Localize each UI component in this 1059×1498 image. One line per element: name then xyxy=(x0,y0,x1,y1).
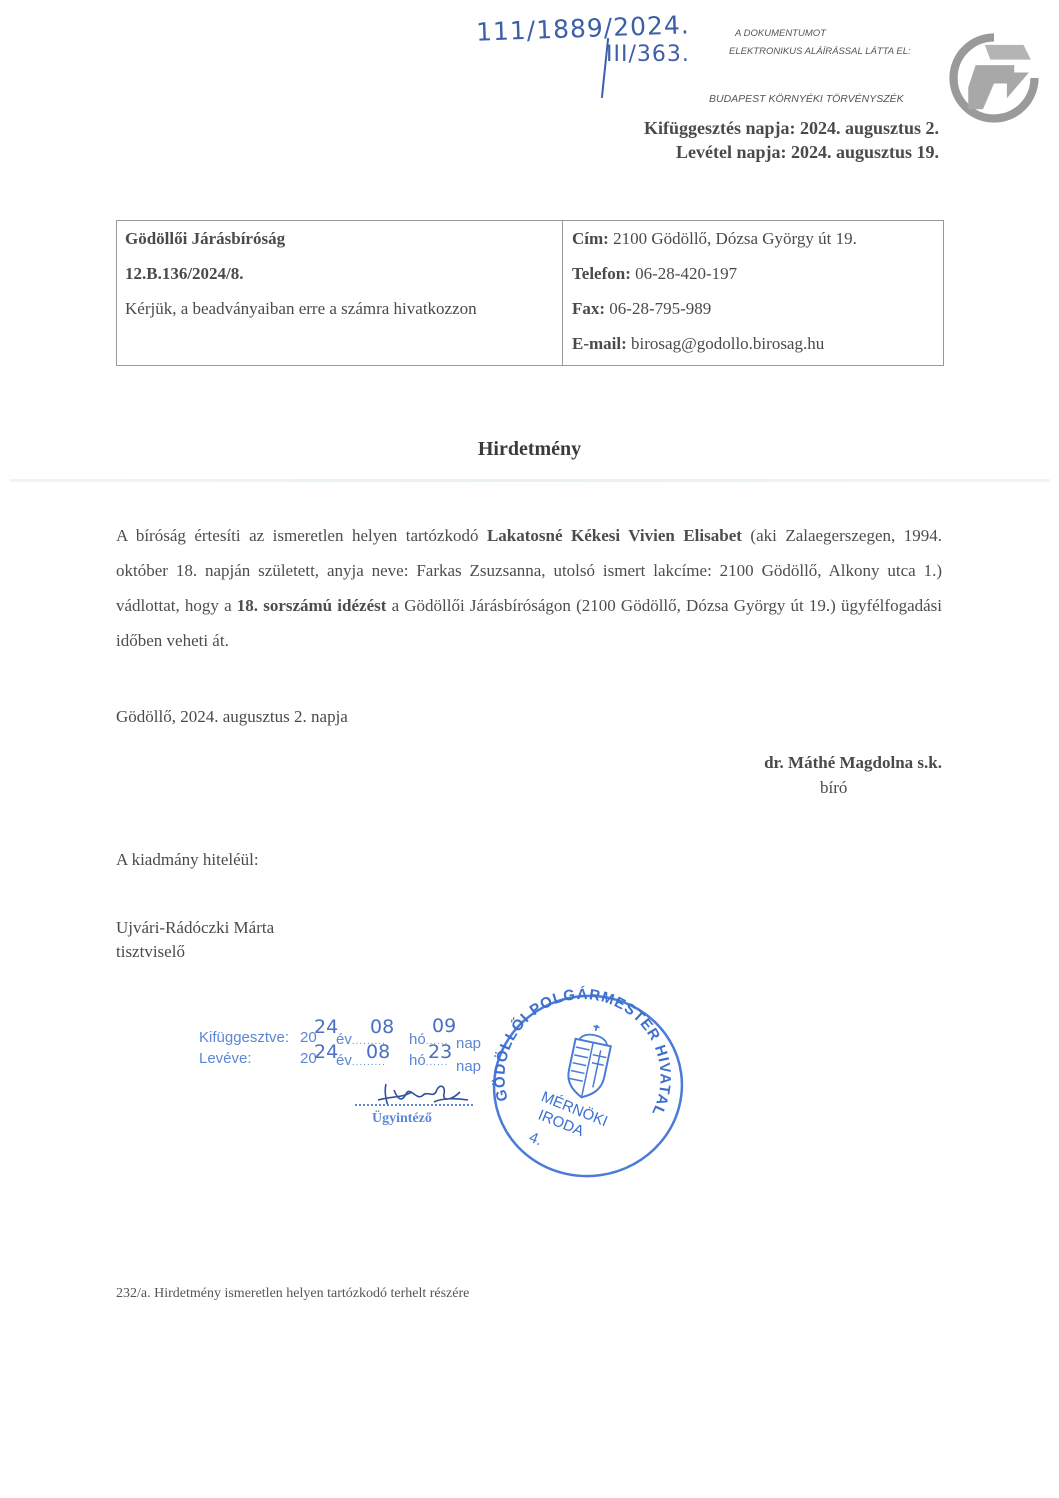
stamp-day-removed: 23 xyxy=(428,1041,452,1063)
defendant-name: Lakatosné Kékesi Vivien Elisabet xyxy=(487,526,742,545)
clerk-label: Ügyintéző xyxy=(372,1111,432,1127)
esignature-issuer: BUDAPEST KÖRNYÉKI TÖRVÉNYSZÉK xyxy=(709,93,904,105)
posting-date-label: Kifüggesztés napja: xyxy=(644,118,796,138)
court-name: Gödöllői Járásbíróság xyxy=(125,227,562,262)
address-row: Cím: 2100 Gödöllő, Dózsa György út 19. xyxy=(572,227,943,262)
place-and-date: Gödöllő, 2024. augusztus 2. napja xyxy=(116,707,348,727)
notice-body: A bíróság értesíti az ismeretlen helyen … xyxy=(116,518,942,658)
stamp-number: 4. xyxy=(527,1129,545,1149)
contact-info-cell: Cím: 2100 Gödöllő, Dózsa György út 19. T… xyxy=(563,221,943,365)
esignature-line-1: A DOKUMENTUMOT xyxy=(735,28,826,39)
document-title: Hirdetmény xyxy=(0,438,1059,461)
reference-note: Kérjük, a beadványaiban erre a számra hi… xyxy=(125,297,562,332)
email-value: birosag@godollo.birosag.hu xyxy=(631,334,824,353)
address-value: 2100 Gödöllő, Dózsa György út 19. xyxy=(613,229,857,248)
form-reference: 232/a. Hirdetmény ismeretlen helyen tart… xyxy=(116,1286,469,1302)
stamp-removed-label: Levéve: xyxy=(199,1050,252,1067)
removal-date: Levétel napja: 2024. augusztus 19. xyxy=(676,142,939,163)
posting-date: Kifüggesztés napja: 2024. augusztus 2. xyxy=(644,118,939,139)
stamp-year-posted: 24 xyxy=(314,1016,338,1038)
certification-label: A kiadmány hiteléül: xyxy=(116,850,259,870)
stamp-year-removed: 24 xyxy=(314,1041,338,1063)
hungarian-coat-of-arms-icon xyxy=(564,1021,615,1101)
svg-text:GÖDÖLLŐI POLGÁRMESTER HIVATAL: GÖDÖLLŐI POLGÁRMESTER HIVATAL xyxy=(491,986,673,1119)
judge-role: bíró xyxy=(820,778,847,798)
body-text-1: A bíróság értesíti az ismeretlen helyen … xyxy=(116,526,487,545)
officer-title: tisztviselő xyxy=(116,942,185,962)
removal-date-value: 2024. augusztus 19. xyxy=(791,142,939,162)
esignature-line-2: ELEKTRONIKUS ALÁÍRÁSSAL LÁTTA EL: xyxy=(729,46,911,57)
stamp-posted-label: Kifüggesztve: xyxy=(199,1029,289,1046)
phone-row: Telefon: 06-28-420-197 xyxy=(572,262,943,297)
summons-reference: 18. sorszámú idézést xyxy=(237,596,387,615)
court-info-cell: Gödöllői Járásbíróság 12.B.136/2024/8. K… xyxy=(117,221,563,365)
judge-name: dr. Máthé Magdolna s.k. xyxy=(715,753,942,773)
fax-row: Fax: 06-28-795-989 xyxy=(572,297,943,332)
officer-name: Ujvári-Rádóczki Márta xyxy=(116,918,274,938)
stamp-day-posted: 09 xyxy=(432,1015,456,1037)
phone-value: 06-28-420-197 xyxy=(635,264,737,283)
removal-date-label: Levétel napja: xyxy=(676,142,786,162)
signature-line xyxy=(355,1104,473,1106)
stamp-month-posted: 08 xyxy=(370,1016,394,1038)
case-number: 12.B.136/2024/8. xyxy=(125,262,562,297)
phone-label: Telefon: xyxy=(572,264,631,283)
official-round-stamp: GÖDÖLLŐI POLGÁRMESTER HIVATAL MÉRNÖKI IR… xyxy=(478,982,688,1182)
stamp-month-removed: 08 xyxy=(366,1041,390,1063)
address-label: Cím: xyxy=(572,229,609,248)
stamp-outer-text: GÖDÖLLŐI POLGÁRMESTER HIVATAL xyxy=(491,986,673,1119)
scan-artifact-line xyxy=(10,479,1050,482)
posting-date-value: 2024. augusztus 2. xyxy=(800,118,939,138)
handwritten-sub-number: III/363. xyxy=(606,42,690,67)
fax-value: 06-28-795-989 xyxy=(609,299,711,318)
court-logo-icon xyxy=(948,32,1040,124)
court-header-table: Gödöllői Járásbíróság 12.B.136/2024/8. K… xyxy=(116,220,944,366)
email-row: E-mail: birosag@godollo.birosag.hu xyxy=(572,332,943,367)
email-label: E-mail: xyxy=(572,334,627,353)
fax-label: Fax: xyxy=(572,299,605,318)
